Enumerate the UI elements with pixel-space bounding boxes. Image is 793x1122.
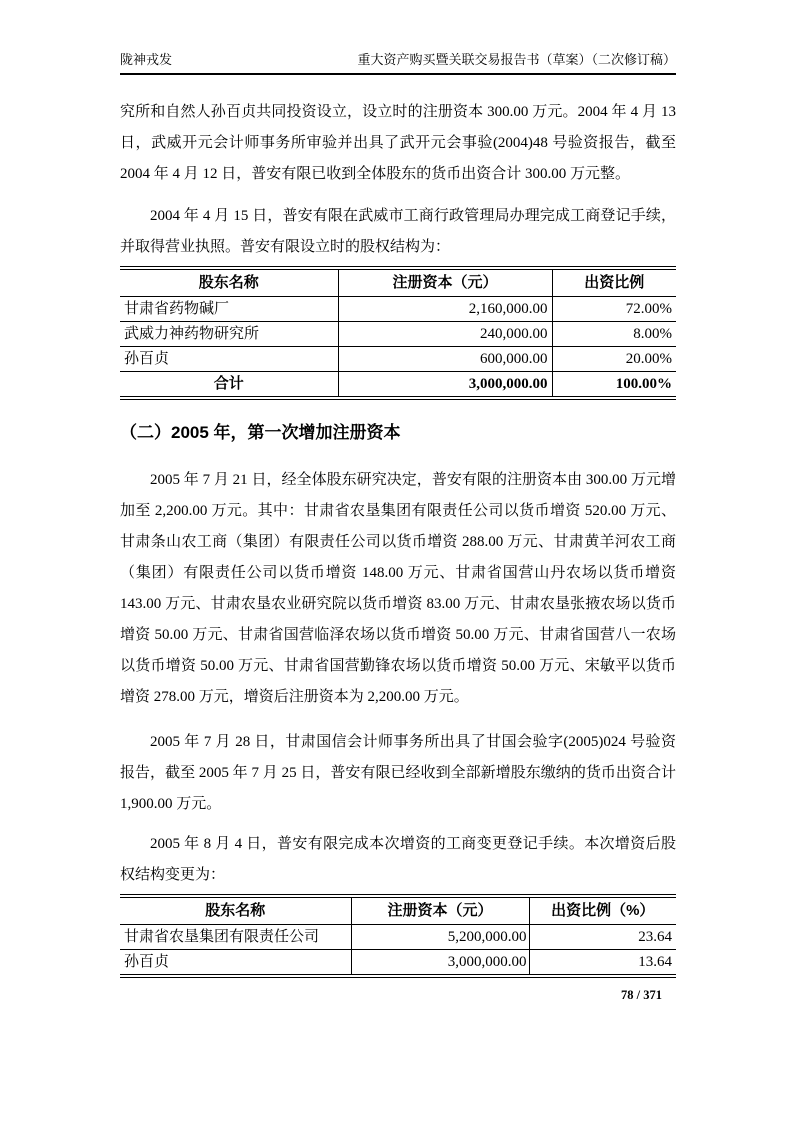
contribution-ratio: 13.64 <box>529 950 676 977</box>
table-header-row: 股东名称 注册资本（元） 出资比例 <box>120 268 676 297</box>
paragraph-capital-increase-detail: 2005 年 7 月 21 日，经全体股东研究决定，普安有限的注册资本由 300… <box>120 465 676 713</box>
table-post-increase-equity-structure: 股东名称 注册资本（元） 出资比例（%） 甘肃省农垦集团有限责任公司 5,200… <box>120 894 676 978</box>
paragraph-establishment-capital: 究所和自然人孙百贞共同投资设立，设立时的注册资本 300.00 万元。2004 … <box>120 97 676 190</box>
page-number: 78 / 371 <box>120 988 676 1003</box>
column-header-shareholder: 股东名称 <box>120 268 338 297</box>
contribution-ratio: 20.00% <box>552 347 676 372</box>
registered-capital: 2,160,000.00 <box>338 297 552 322</box>
paragraph-registration-2004: 2004 年 4 月 15 日，普安有限在武威市工商行政管理局办理完成工商登记手… <box>120 201 676 263</box>
column-header-capital: 注册资本（元） <box>351 896 529 925</box>
shareholder-name: 甘肃省农垦集团有限责任公司 <box>120 925 351 950</box>
table-initial-equity-structure: 股东名称 注册资本（元） 出资比例 甘肃省药物碱厂 2,160,000.00 7… <box>120 266 676 400</box>
total-ratio: 100.00% <box>552 372 676 399</box>
running-header: 陇神戎发 重大资产购买暨关联交易报告书（草案）（二次修订稿） <box>120 0 676 75</box>
column-header-capital: 注册资本（元） <box>338 268 552 297</box>
registered-capital: 5,200,000.00 <box>351 925 529 950</box>
table-row: 甘肃省农垦集团有限责任公司 5,200,000.00 23.64 <box>120 925 676 950</box>
header-full-title: 重大资产购买暨关联交易报告书（草案）（二次修订稿） <box>357 52 676 68</box>
registered-capital: 600,000.00 <box>338 347 552 372</box>
page-content: 究所和自然人孙百贞共同投资设立，设立时的注册资本 300.00 万元。2004 … <box>120 97 676 978</box>
column-header-ratio: 出资比例 <box>552 268 676 297</box>
registered-capital: 240,000.00 <box>338 322 552 347</box>
shareholder-name: 武威力神药物研究所 <box>120 322 338 347</box>
total-capital: 3,000,000.00 <box>338 372 552 399</box>
registered-capital: 3,000,000.00 <box>351 950 529 977</box>
shareholder-name: 甘肃省药物碱厂 <box>120 297 338 322</box>
paragraph-registration-change-2005: 2005 年 8 月 4 日，普安有限完成本次增资的工商变更登记手续。本次增资后… <box>120 829 676 891</box>
table-row: 孙百贞 600,000.00 20.00% <box>120 347 676 372</box>
shareholder-name: 孙百贞 <box>120 347 338 372</box>
table-header-row: 股东名称 注册资本（元） 出资比例（%） <box>120 896 676 925</box>
table-row: 甘肃省药物碱厂 2,160,000.00 72.00% <box>120 297 676 322</box>
document-page: 陇神戎发 重大资产购买暨关联交易报告书（草案）（二次修订稿） 究所和自然人孙百贞… <box>0 0 793 1122</box>
total-label: 合计 <box>120 372 338 399</box>
column-header-ratio: 出资比例（%） <box>529 896 676 925</box>
table-total-row: 合计 3,000,000.00 100.00% <box>120 372 676 399</box>
table-row: 孙百贞 3,000,000.00 13.64 <box>120 950 676 977</box>
contribution-ratio: 72.00% <box>552 297 676 322</box>
paragraph-verification-report-2005: 2005 年 7 月 28 日，甘肃国信会计师事务所出具了甘国会验字(2005)… <box>120 727 676 820</box>
column-header-shareholder: 股东名称 <box>120 896 351 925</box>
contribution-ratio: 8.00% <box>552 322 676 347</box>
contribution-ratio: 23.64 <box>529 925 676 950</box>
shareholder-name: 孙百贞 <box>120 950 351 977</box>
header-short-title: 陇神戎发 <box>120 52 172 68</box>
section-heading-first-capital-increase: （二）2005 年，第一次增加注册资本 <box>120 420 676 445</box>
table-row: 武威力神药物研究所 240,000.00 8.00% <box>120 322 676 347</box>
